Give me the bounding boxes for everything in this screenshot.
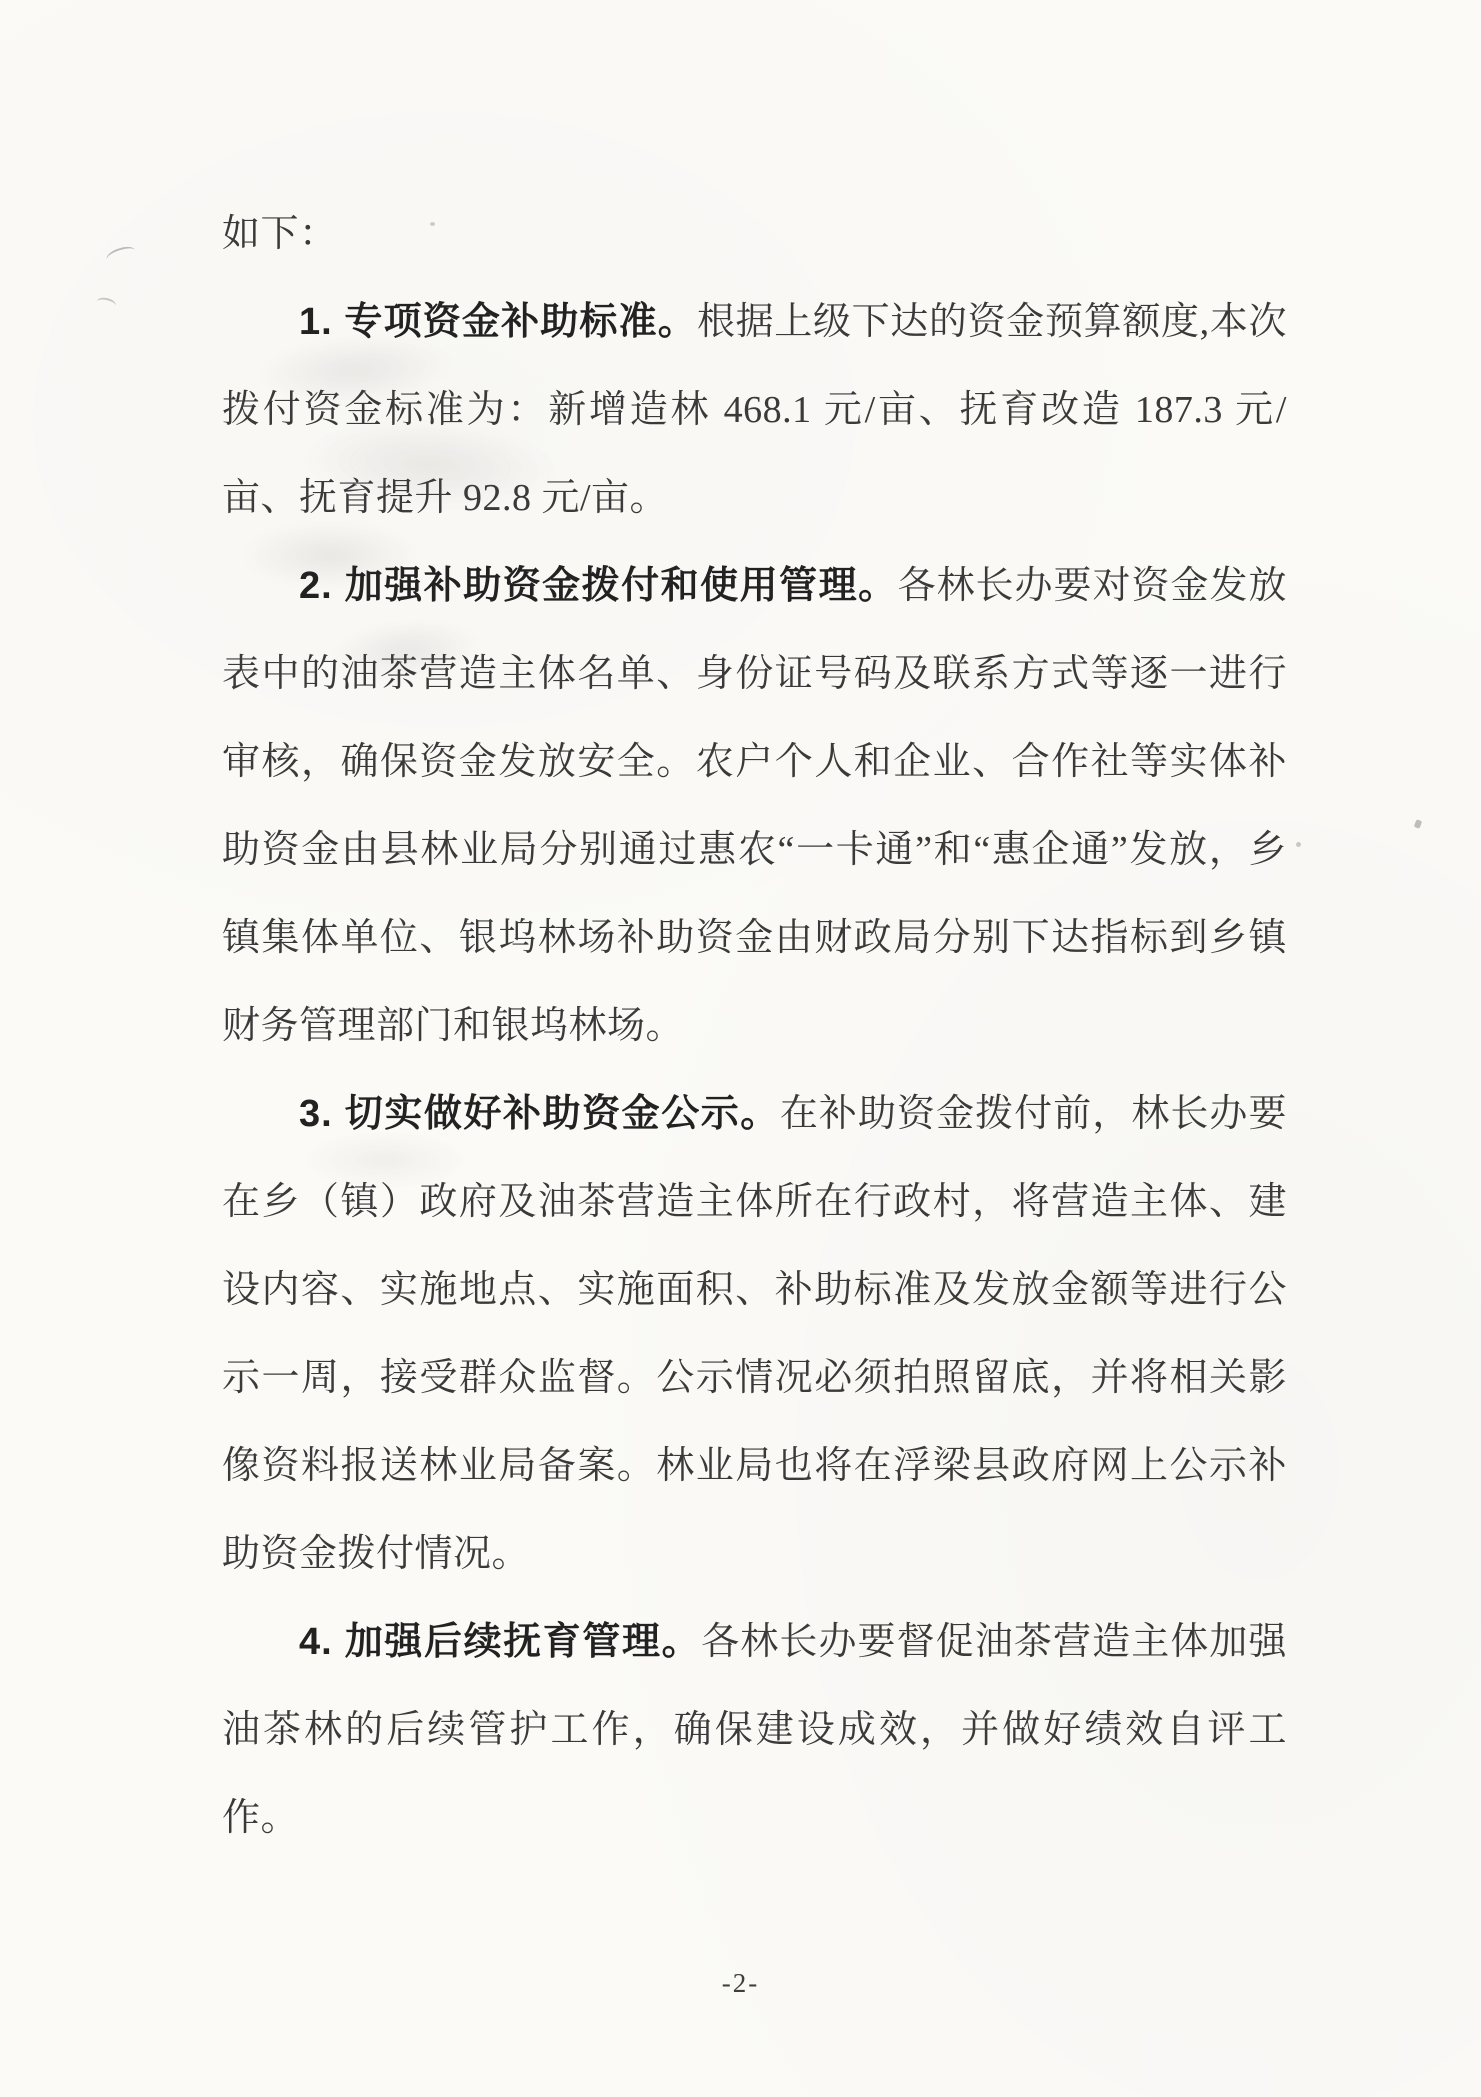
paragraph-2-heading: 2. 加强补助资金拨付和使用管理。 xyxy=(299,565,898,607)
paragraph-3-text: 在补助资金拨付前，林长办要在乡（镇）政府及油茶营造主体所在行政村，将营造主体、建… xyxy=(222,1093,1287,1575)
scan-smudge xyxy=(95,296,117,312)
paragraph-2: 2. 加强补助资金拨付和使用管理。各林长办要对资金发放表中的油茶营造主体名单、身… xyxy=(222,542,1287,1070)
paragraph-3: 3. 切实做好补助资金公示。在补助资金拨付前，林长办要在乡（镇）政府及油茶营造主… xyxy=(222,1070,1287,1598)
paragraph-1: 1. 专项资金补助标准。根据上级下达的资金预算额度,本次拨付资金标准为：新增造林… xyxy=(222,278,1287,542)
paragraph-4: 4. 加强后续抚育管理。各林长办要督促油茶营造主体加强油茶林的后续管护工作，确保… xyxy=(222,1598,1287,1862)
scan-smudge xyxy=(105,244,138,267)
page-number: -2- xyxy=(0,1968,1481,1999)
scan-smudge xyxy=(1414,819,1422,829)
paragraph-1-heading: 1. 专项资金补助标准。 xyxy=(299,301,697,343)
scanned-document-page: 如下： 1. 专项资金补助标准。根据上级下达的资金预算额度,本次拨付资金标准为：… xyxy=(0,0,1481,2097)
intro-line: 如下： xyxy=(222,190,1287,278)
scan-smudge xyxy=(1296,842,1301,847)
document-body: 如下： 1. 专项资金补助标准。根据上级下达的资金预算额度,本次拨付资金标准为：… xyxy=(222,190,1287,1862)
paragraph-list: 1. 专项资金补助标准。根据上级下达的资金预算额度,本次拨付资金标准为：新增造林… xyxy=(222,278,1287,1862)
paragraph-2-text: 各林长办要对资金发放表中的油茶营造主体名单、身份证号码及联系方式等逐一进行审核，… xyxy=(222,565,1287,1047)
paragraph-4-heading: 4. 加强后续抚育管理。 xyxy=(299,1621,701,1663)
paragraph-3-heading: 3. 切实做好补助资金公示。 xyxy=(299,1093,780,1135)
